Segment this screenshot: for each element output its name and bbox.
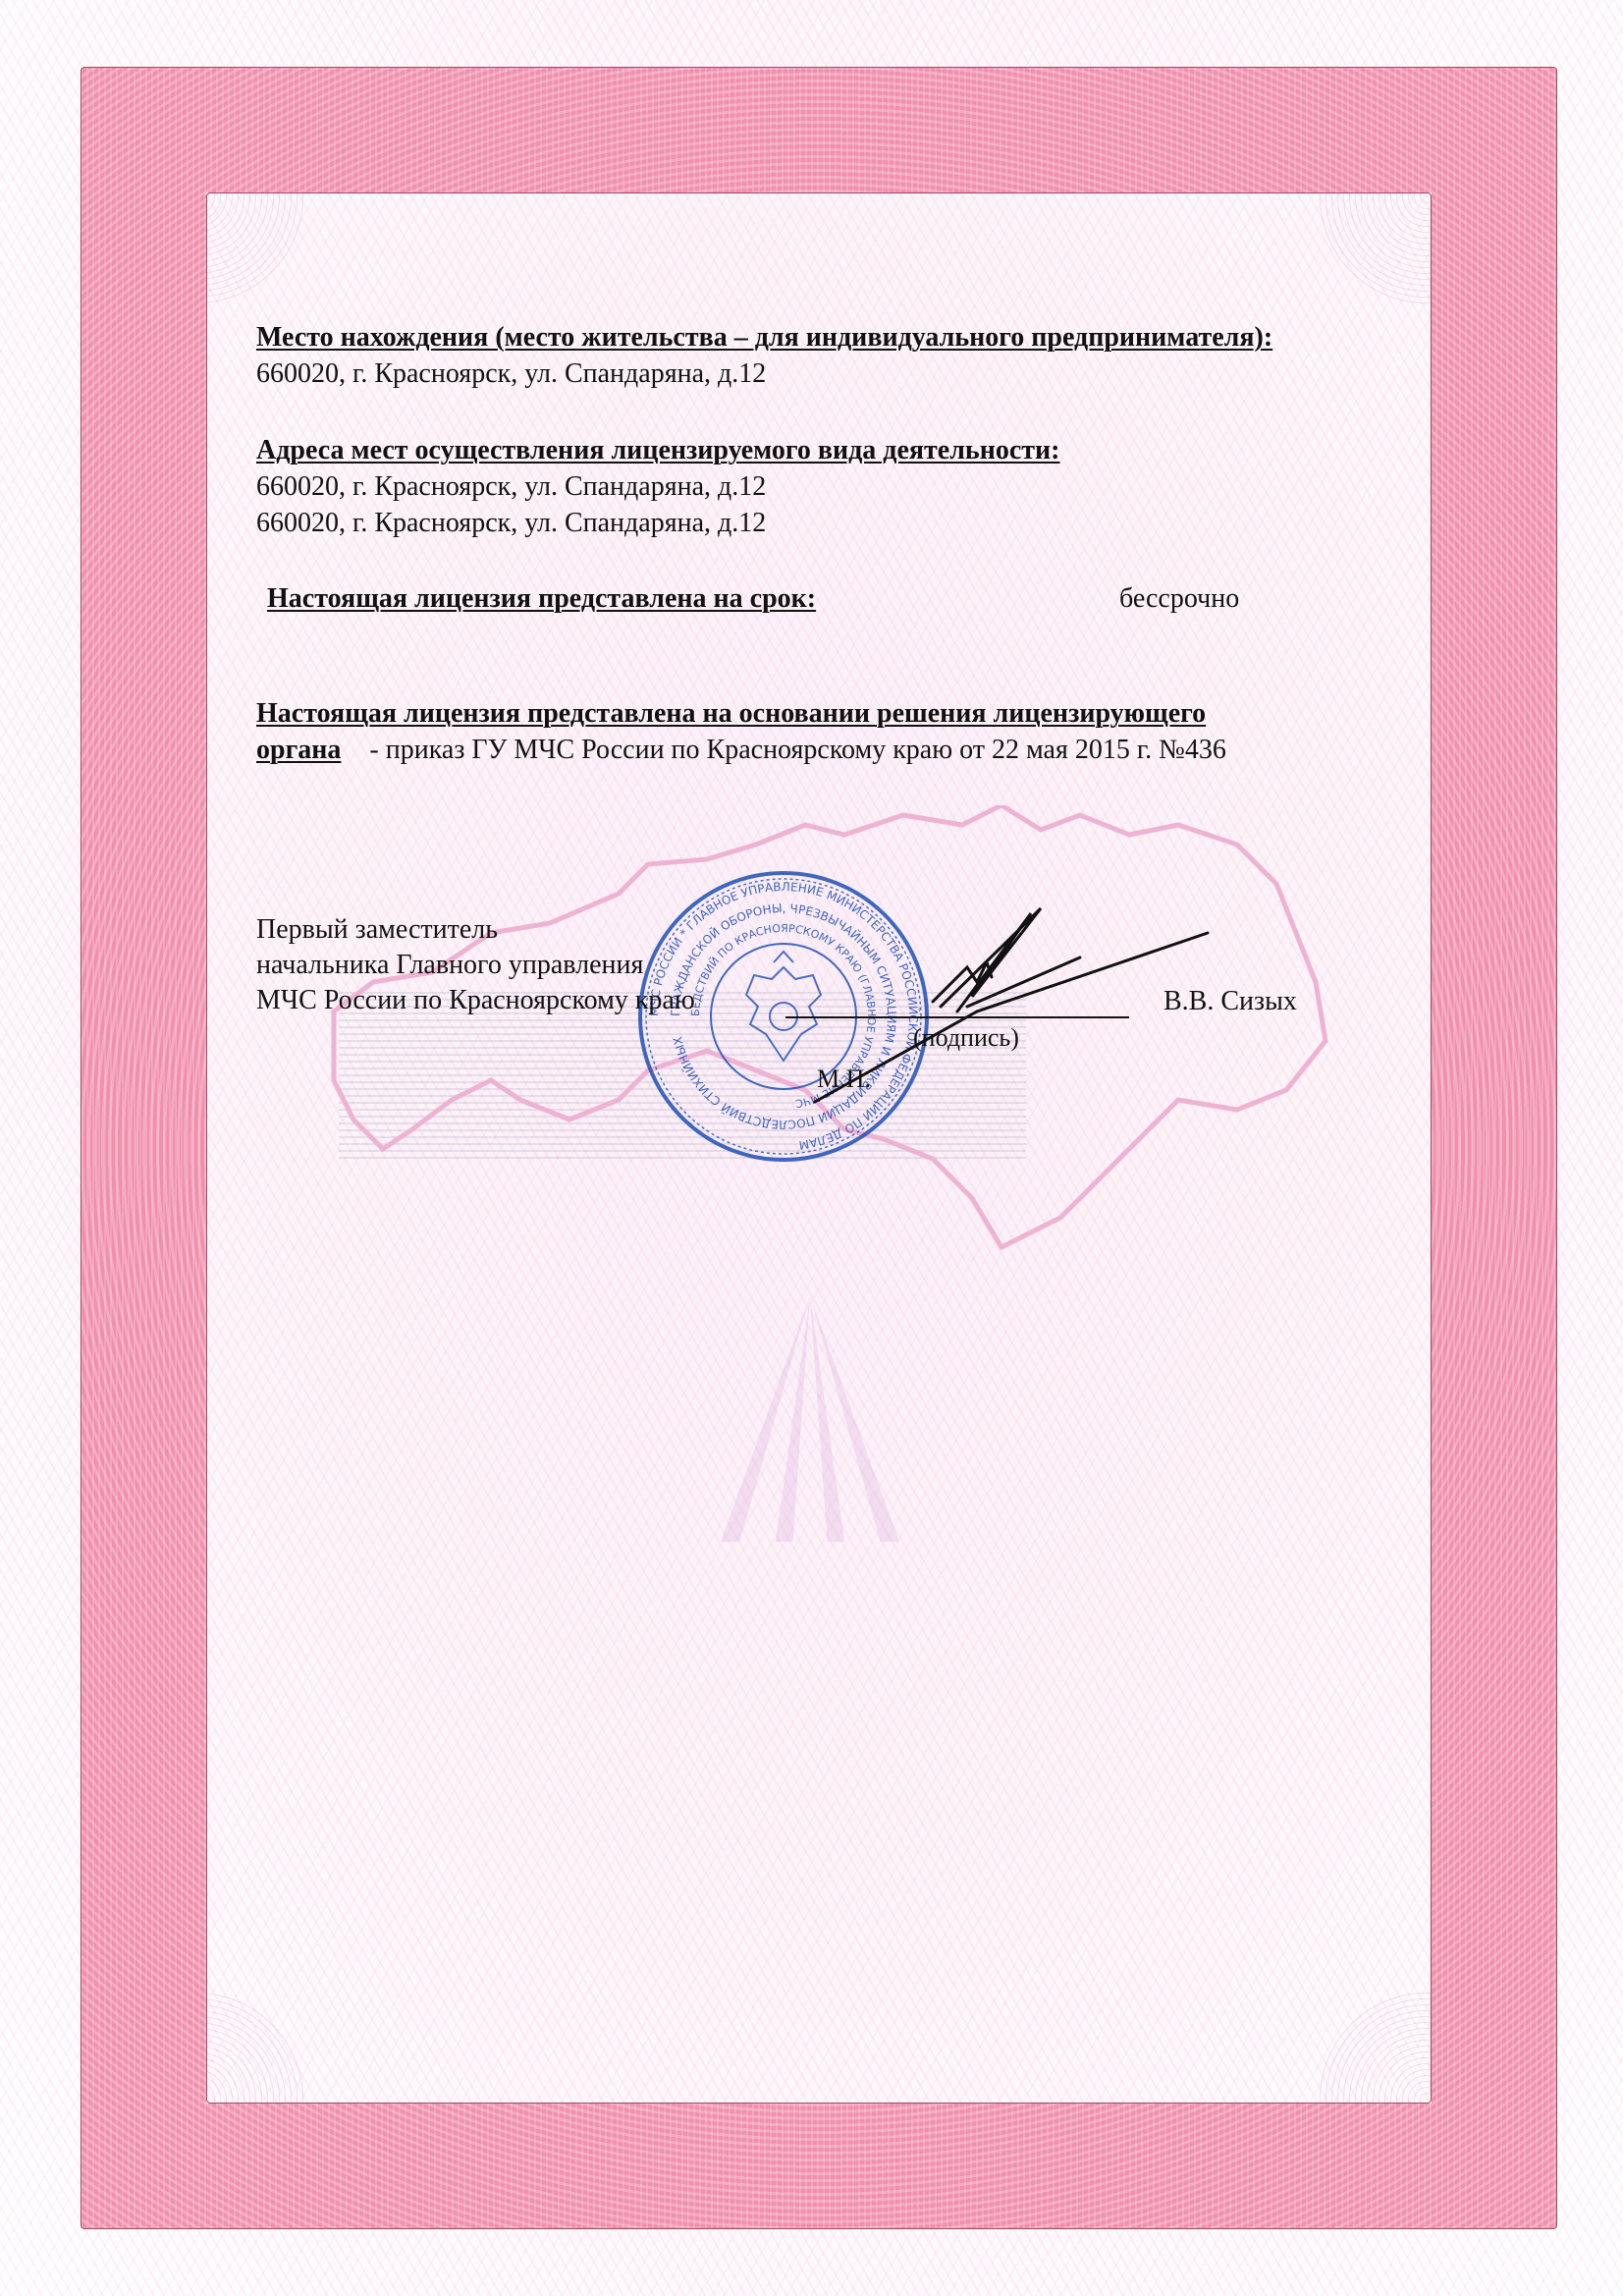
- watermark-rays: [638, 1296, 982, 1542]
- signature-caption: (подпись): [913, 1021, 1019, 1055]
- signatory-position-line1: Первый заместитель: [256, 913, 498, 947]
- basis-heading-line2: органа: [256, 735, 341, 765]
- basis-heading-line1: Настоящая лицензия представлена на основ…: [256, 697, 1206, 731]
- activity-address-1: 660020, г. Красноярск, ул. Спандаряна, д…: [256, 470, 766, 504]
- signature-line: [785, 1016, 1129, 1018]
- term-label: Настоящая лицензия представлена на срок:: [267, 582, 816, 616]
- signatory-name: В.В. Сизых: [1163, 985, 1297, 1018]
- location-heading: Место нахождения (место жительства – для…: [256, 321, 1272, 355]
- signatory-position-line2: начальника Главного управления: [256, 949, 643, 982]
- basis-value: - приказ ГУ МЧС России по Красноярскому …: [369, 735, 1225, 765]
- location-address: 660020, г. Красноярск, ул. Спандаряна, д…: [256, 357, 766, 391]
- signatory-position-line3: МЧС России по Красноярскому краю: [256, 984, 695, 1017]
- basis-line2: органа - приказ ГУ МЧС России по Красноя…: [256, 734, 1226, 767]
- activity-heading: Адреса мест осуществления лицензируемого…: [256, 434, 1060, 467]
- activity-address-2: 660020, г. Красноярск, ул. Спандаряна, д…: [256, 507, 766, 540]
- seal-caption: М.П.: [817, 1063, 871, 1096]
- term-value: бессрочно: [1119, 582, 1239, 616]
